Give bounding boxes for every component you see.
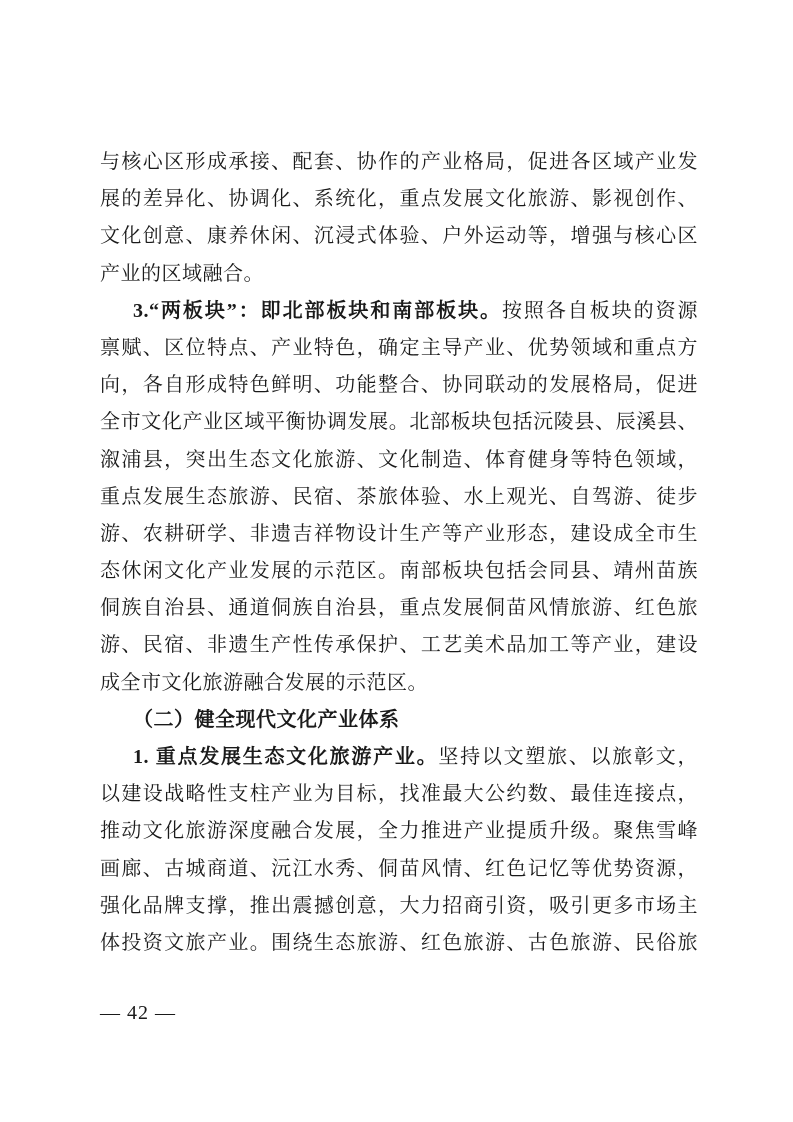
text-line: （二）健全现代文化产业体系 — [100, 702, 698, 739]
text-segment: 与核心区形成承接、配套、协作的产业格局，促进各区域产业发 — [100, 151, 698, 173]
text-segment: 按照各自板块的资源 — [502, 300, 698, 322]
text-segment-bold: 1. 重点发展生态文化旅游产业。 — [133, 746, 438, 768]
text-segment: 画廊、古城商道、沅江水秀、侗苗风情、红色记忆等优势资源， — [100, 858, 698, 880]
text-segment: 成全市文化旅游融合发展的示范区。 — [100, 672, 428, 694]
text-line: 成全市文化旅游融合发展的示范区。 — [100, 665, 698, 702]
text-segment: 溆浦县，突出生态文化旅游、文化制造、体育健身等特色领域， — [100, 449, 698, 471]
text-line: 1. 重点发展生态文化旅游产业。坚持以文塑旅、以旅彰文， — [100, 739, 698, 776]
text-line: 侗族自治县、通道侗族自治县，重点发展侗苗风情旅游、红色旅 — [100, 590, 698, 627]
text-segment: 全市文化产业区域平衡协调发展。北部板块包括沅陵县、辰溪县、 — [100, 411, 698, 433]
text-segment: 禀赋、区位特点、产业特色，确定主导产业、优势领域和重点方 — [100, 337, 698, 359]
text-line: 态休闲文化产业发展的示范区。南部板块包括会同县、靖州苗族 — [100, 553, 698, 590]
text-line: 展的差异化、协调化、系统化，重点发展文化旅游、影视创作、 — [100, 181, 698, 218]
text-line: 产业的区域融合。 — [100, 256, 698, 293]
text-line: 画廊、古城商道、沅江水秀、侗苗风情、红色记忆等优势资源， — [100, 851, 698, 888]
text-line: 3.“两板块”：即北部板块和南部板块。按照各自板块的资源 — [100, 293, 698, 330]
text-segment: 产业的区域融合。 — [100, 263, 264, 285]
text-line: 禀赋、区位特点、产业特色，确定主导产业、优势领域和重点方 — [100, 330, 698, 367]
text-line: 全市文化产业区域平衡协调发展。北部板块包括沅陵县、辰溪县、 — [100, 404, 698, 441]
text-line: 溆浦县，突出生态文化旅游、文化制造、体育健身等特色领域， — [100, 442, 698, 479]
document-page: 与核心区形成承接、配套、协作的产业格局，促进各区域产业发展的差异化、协调化、系统… — [0, 0, 793, 1122]
text-line: 向，各自形成特色鲜明、功能整合、协同联动的发展格局，促进 — [100, 367, 698, 404]
text-line: 游、民宿、非遗生产性传承保护、工艺美术品加工等产业，建设 — [100, 627, 698, 664]
text-segment-bold: （二）健全现代文化产业体系 — [133, 709, 400, 731]
text-segment-bold: 3.“两板块”：即北部板块和南部板块。 — [133, 300, 502, 322]
text-segment: 体投资文旅产业。围绕生态旅游、红色旅游、古色旅游、民俗旅 — [100, 932, 698, 954]
text-segment: 侗族自治县、通道侗族自治县，重点发展侗苗风情旅游、红色旅 — [100, 597, 698, 619]
text-line: 以建设战略性支柱产业为目标，找准最大公约数、最佳连接点， — [100, 776, 698, 813]
text-segment: 游、农耕研学、非遗吉祥物设计生产等产业形态，建设成全市生 — [100, 523, 698, 545]
text-line: 重点发展生态旅游、民宿、茶旅体验、水上观光、自驾游、徒步 — [100, 479, 698, 516]
text-segment: 向，各自形成特色鲜明、功能整合、协同联动的发展格局，促进 — [100, 374, 698, 396]
text-segment: 以建设战略性支柱产业为目标，找准最大公约数、最佳连接点， — [100, 783, 698, 805]
text-line: 推动文化旅游深度融合发展，全力推进产业提质升级。聚焦雪峰 — [100, 813, 698, 850]
page-number: — 42 — — [100, 1001, 176, 1025]
text-line: 与核心区形成承接、配套、协作的产业格局，促进各区域产业发 — [100, 144, 698, 181]
text-segment: 推动文化旅游深度融合发展，全力推进产业提质升级。聚焦雪峰 — [100, 820, 698, 842]
text-segment: 展的差异化、协调化、系统化，重点发展文化旅游、影视创作、 — [100, 188, 698, 210]
text-line: 体投资文旅产业。围绕生态旅游、红色旅游、古色旅游、民俗旅 — [100, 925, 698, 962]
text-segment: 游、民宿、非遗生产性传承保护、工艺美术品加工等产业，建设 — [100, 634, 698, 656]
text-segment: 态休闲文化产业发展的示范区。南部板块包括会同县、靖州苗族 — [100, 560, 698, 582]
text-segment: 文化创意、康养休闲、沉浸式体验、户外运动等，增强与核心区 — [100, 225, 698, 247]
text-segment: 重点发展生态旅游、民宿、茶旅体验、水上观光、自驾游、徒步 — [100, 486, 698, 508]
document-body: 与核心区形成承接、配套、协作的产业格局，促进各区域产业发展的差异化、协调化、系统… — [100, 144, 698, 962]
text-line: 文化创意、康养休闲、沉浸式体验、户外运动等，增强与核心区 — [100, 218, 698, 255]
text-segment: 坚持以文塑旅、以旅彰文， — [438, 746, 698, 768]
text-segment: 强化品牌支撑，推出震撼创意，大力招商引资，吸引更多市场主 — [100, 895, 698, 917]
text-line: 强化品牌支撑，推出震撼创意，大力招商引资，吸引更多市场主 — [100, 888, 698, 925]
text-line: 游、农耕研学、非遗吉祥物设计生产等产业形态，建设成全市生 — [100, 516, 698, 553]
